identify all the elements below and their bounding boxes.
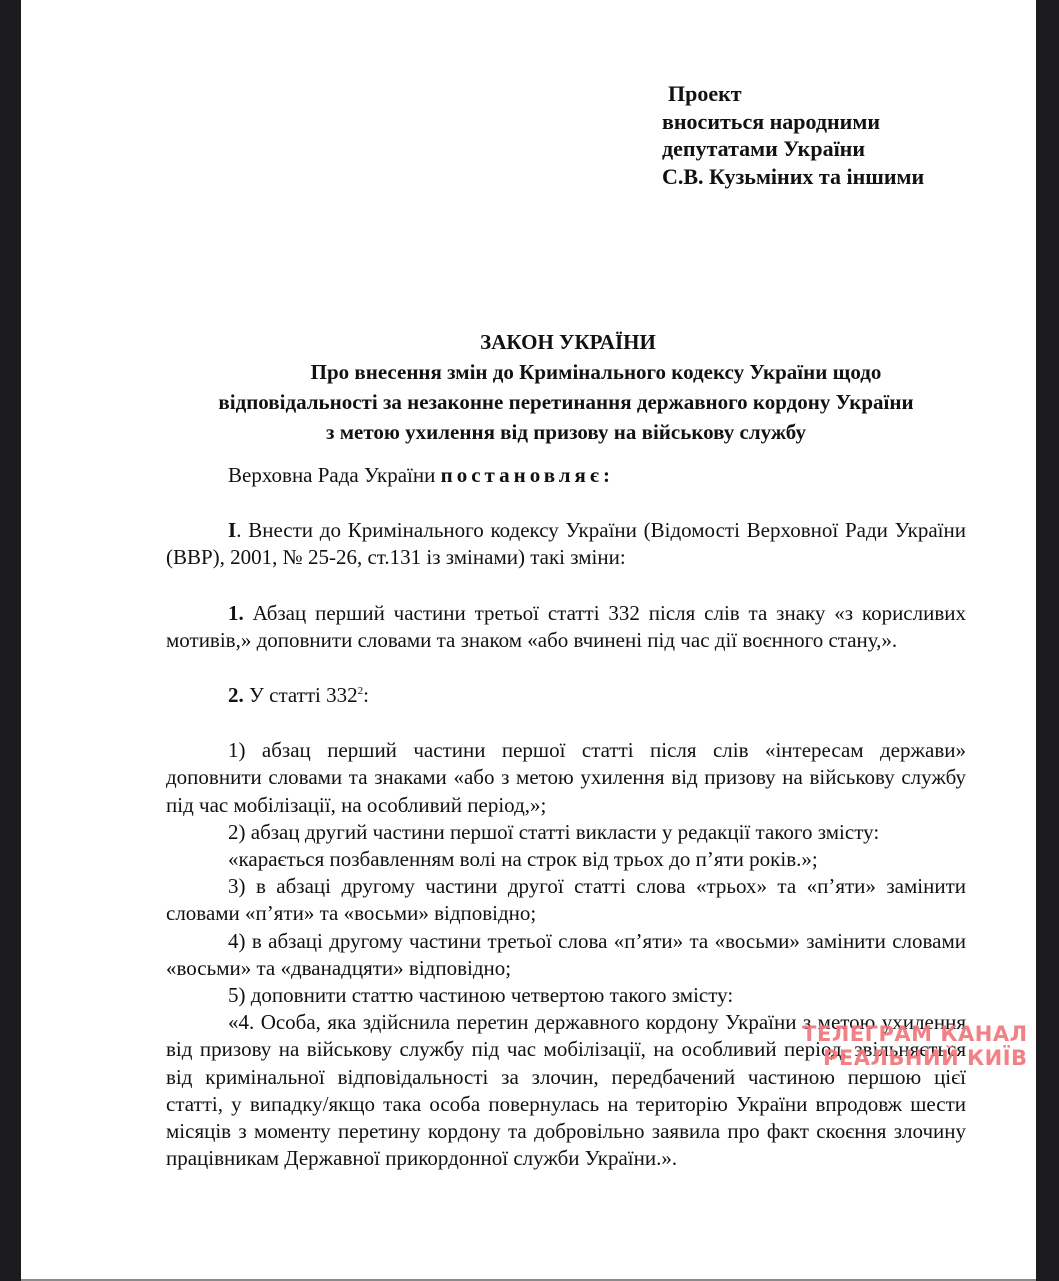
watermark-line: ТЕЛЕГРАМ КАНАЛ xyxy=(799,1022,1028,1046)
subitem-2-quote: «карається позбавленням волі на строк ві… xyxy=(166,846,966,873)
preamble-text: Верховна Рада України xyxy=(228,463,441,487)
subitem-1: 1) абзац перший частини першої статті пі… xyxy=(166,737,966,819)
authors-line: С.В. Кузьміних та іншими xyxy=(662,163,982,191)
item-2: 2. У статті 3322: xyxy=(166,682,966,709)
subitem-3: 3) в абзаці другому частини другої статт… xyxy=(166,873,966,927)
draft-header: Проект вноситься народними депутатами Ук… xyxy=(662,80,982,190)
item-text: У статті 332 xyxy=(244,683,358,707)
watermark-line: РЕАЛЬНИЙ КИЇВ xyxy=(799,1046,1028,1070)
law-subtitle-line: Про внесення змін до Кримінального кодек… xyxy=(166,357,966,387)
submitted-by-line: депутатами України xyxy=(662,135,982,163)
channel-watermark: ТЕЛЕГРАМ КАНАЛ РЕАЛЬНИЙ КИЇВ xyxy=(799,1022,1028,1070)
submitted-by-line: вноситься народними xyxy=(662,108,982,136)
preamble: Верховна Рада України постановляє: xyxy=(166,462,966,489)
subitem-2: 2) абзац другий частини першої статті ви… xyxy=(166,819,966,846)
law-subtitle-line: з метою ухилення від призову на військов… xyxy=(166,417,966,447)
item-text: Абзац перший частини третьої статті 332 … xyxy=(166,601,966,652)
subitem-5: 5) доповнити статтю частиною четвертою т… xyxy=(166,982,966,1009)
draft-label: Проект xyxy=(662,80,982,108)
preamble-emphasis: постановляє: xyxy=(441,463,614,487)
section-i: I. Внести до Кримінального кодексу Украї… xyxy=(166,517,966,571)
section-number: I xyxy=(228,518,236,542)
item-suffix: : xyxy=(363,683,369,707)
document-page: Проект вноситься народними депутатами Ук… xyxy=(21,0,1036,1280)
item-number: 1. xyxy=(228,601,244,625)
item-number: 2. xyxy=(228,683,244,707)
item-1: 1. Абзац перший частини третьої статті 3… xyxy=(166,600,966,654)
law-subtitle-line: відповідальності за незаконне перетинанн… xyxy=(166,387,966,417)
law-heading: ЗАКОН УКРАЇНИ xyxy=(166,327,966,357)
law-title: ЗАКОН УКРАЇНИ Про внесення змін до Кримі… xyxy=(166,327,966,447)
subitem-4: 4) в абзаці другому частини третьої слов… xyxy=(166,928,966,982)
section-text: . Внести до Кримінального кодексу Україн… xyxy=(166,518,966,569)
